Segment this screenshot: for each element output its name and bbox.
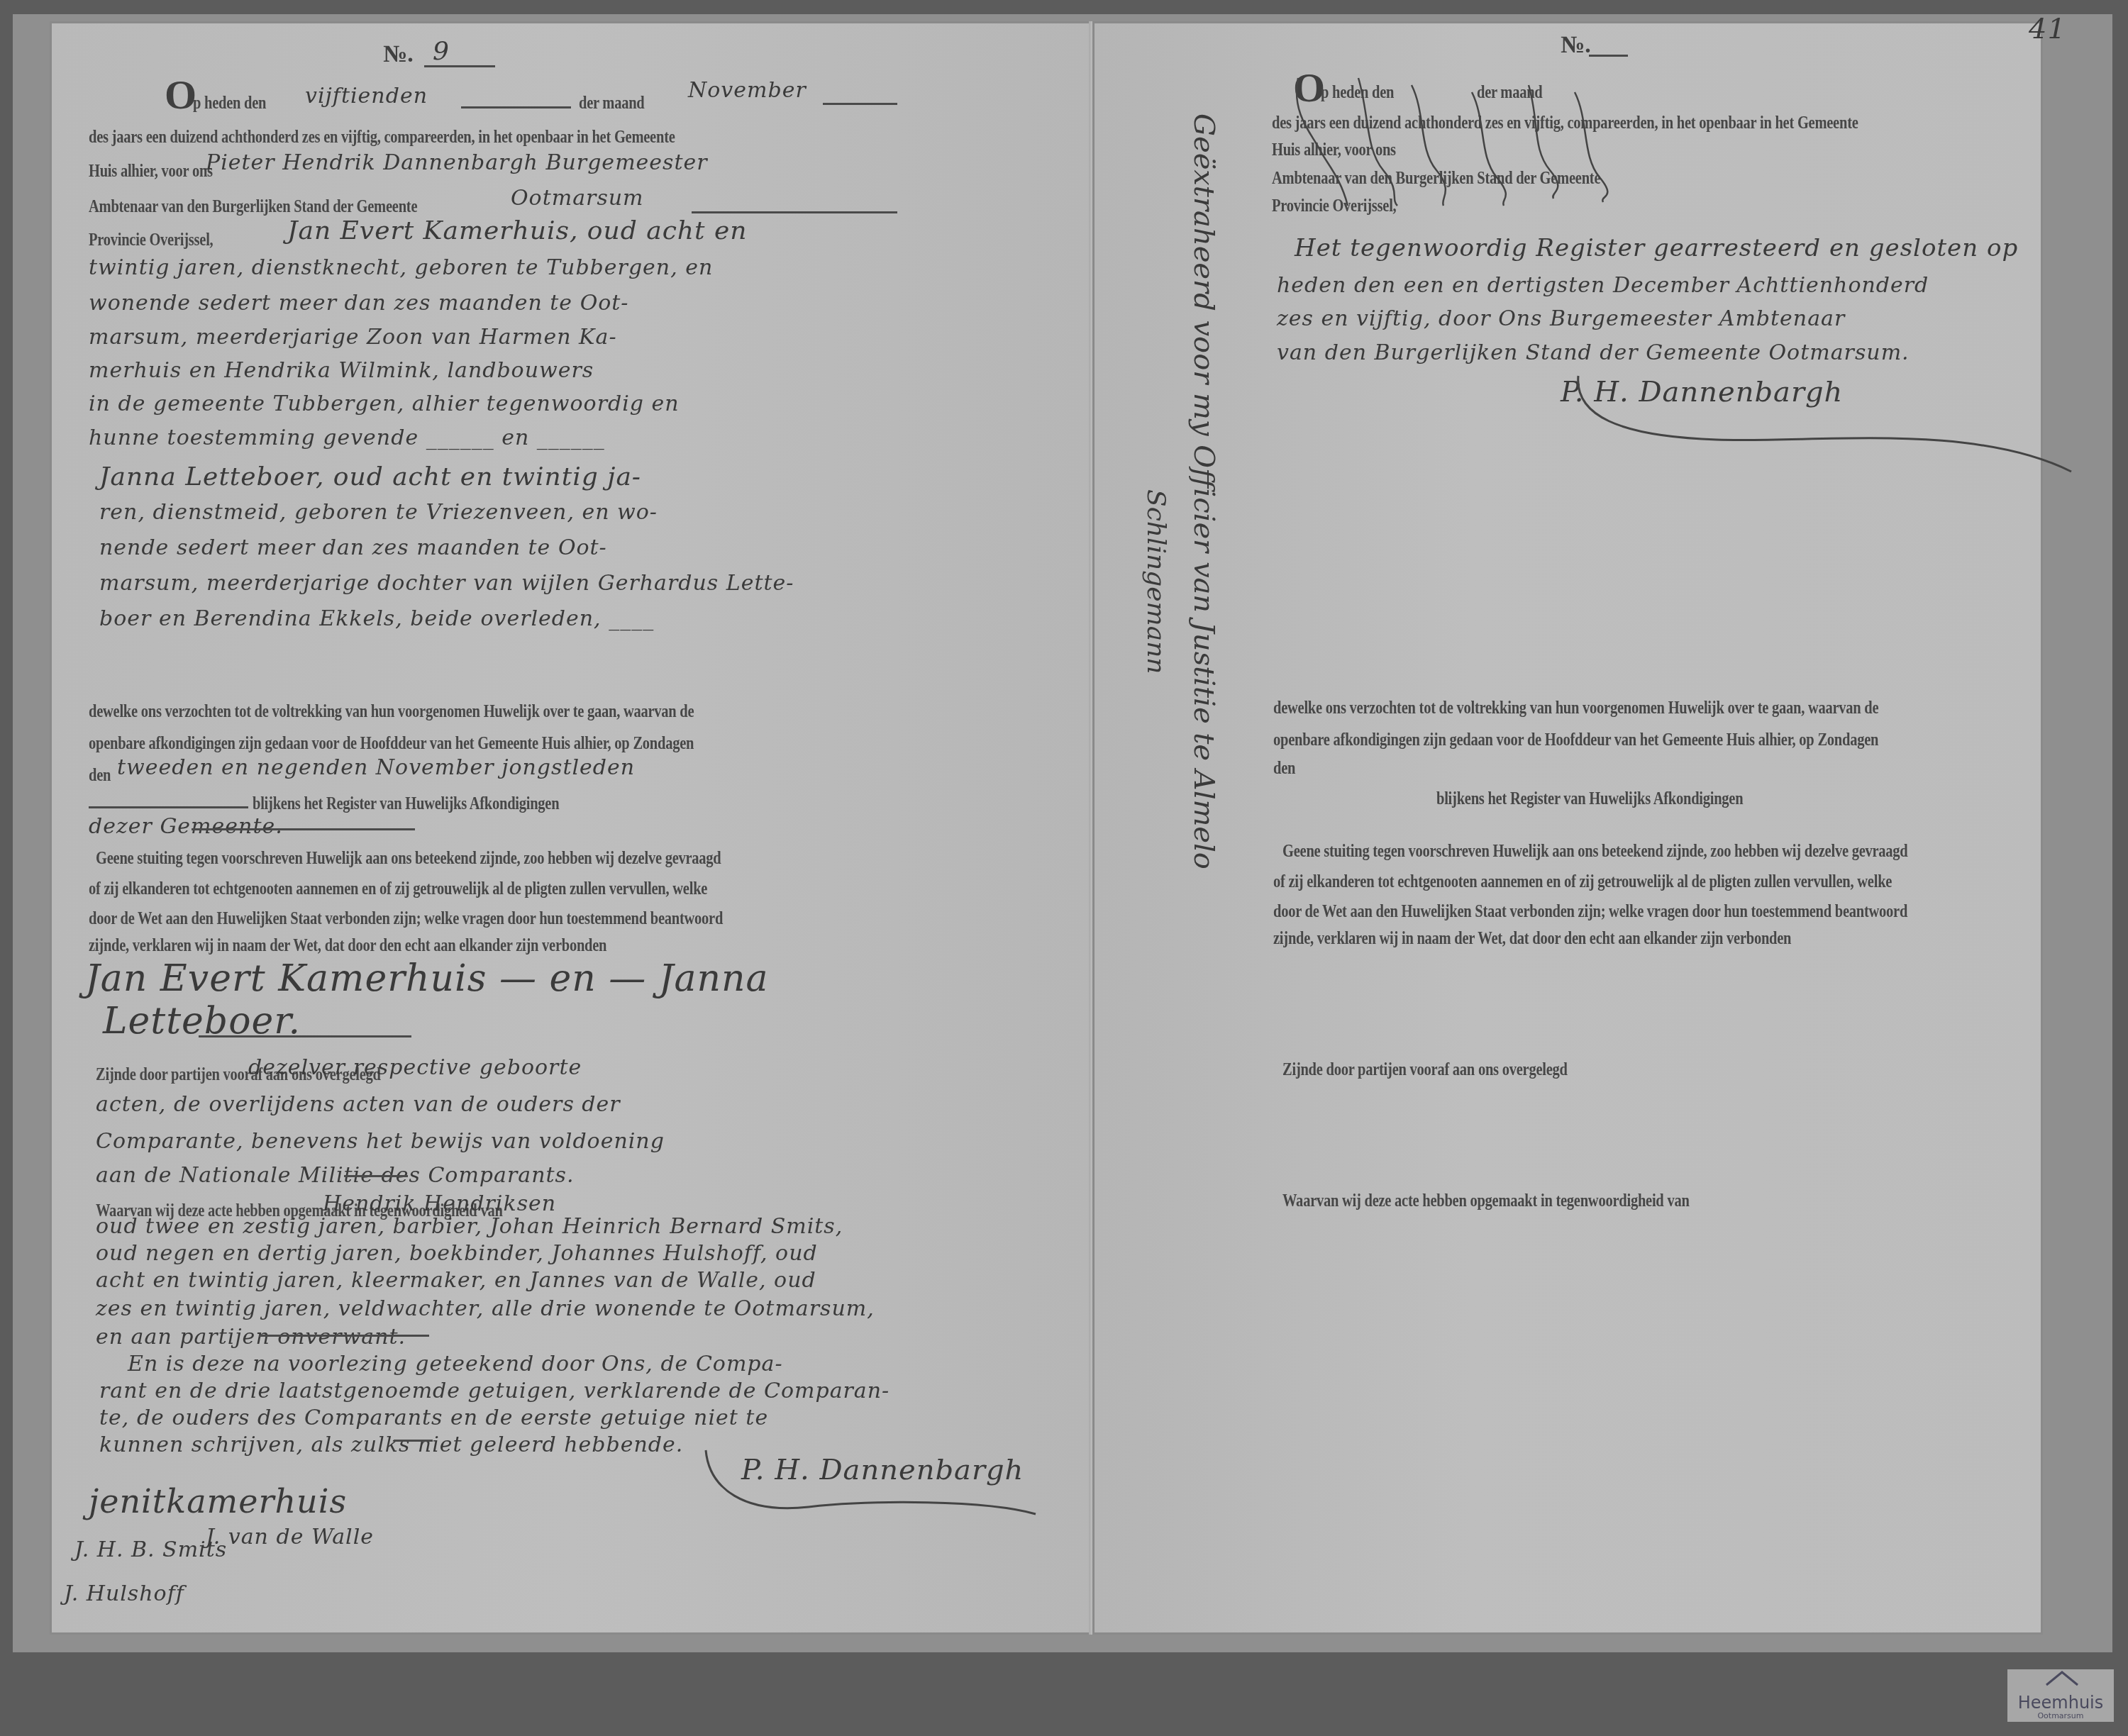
groom-line: hunne toestemming gevende ______ en ____… [89, 425, 605, 450]
groom-line: twintig jaren, dienstknecht, geboren te … [89, 255, 713, 280]
house-roof-icon [2044, 1671, 2080, 1686]
print-line-dewelke: dewelke ons verzochten tot de voltrekkin… [1273, 699, 1878, 718]
signature-flourish [1575, 372, 2085, 479]
month-rule [823, 103, 897, 105]
couple-rule [199, 1035, 411, 1037]
dezer-gemeente: dezer Gemeente. [89, 814, 283, 839]
municipality-rule [692, 211, 897, 213]
register-closing-line: Het tegenwoordig Register gearresteerd e… [1295, 234, 2018, 262]
strike-through-marks [1277, 71, 1915, 213]
intro-text: p heden den [193, 94, 266, 113]
bride-line: marsum, meerderjarige dochter van wijlen… [99, 571, 794, 596]
logo-title: Heemhuis [2018, 1694, 2104, 1711]
witness-line: oud twee en zestig jaren, barbier, Johan… [96, 1214, 843, 1239]
print-line-of-zij: of zij elkanderen tot echtgenooten aanne… [1273, 872, 1892, 892]
sundays-handwritten: tweeden en negenden November jongstleden [117, 755, 635, 780]
signature-flourish [702, 1447, 1043, 1525]
print-den: den [1273, 759, 1295, 779]
witness-signature-walle: J. van de Walle [206, 1525, 374, 1549]
closing-rule [394, 1440, 433, 1442]
bride-line: Janna Letteboer, oud acht en twintig ja- [99, 462, 641, 491]
couple-names-line1: Jan Evert Kamerhuis — en — Janna [85, 957, 769, 1000]
witness-signature-hulshoff: J. Hulshoff [64, 1581, 184, 1606]
print-line-provincie: Provincie Overijssel, [89, 230, 213, 250]
groom-line: in de gemeente Tubbergen, alhier tegenwo… [89, 391, 680, 416]
documents-line: Comparante, benevens het bewijs van vold… [96, 1129, 665, 1154]
record-number-rule [424, 65, 495, 67]
documents-rule [344, 1175, 408, 1177]
documents-line: aan de Nationale Militie des Comparants. [96, 1163, 574, 1188]
bride-line: boer en Berendina Ekkels, beide overlede… [99, 606, 654, 631]
record-number-value: 9 [433, 37, 450, 66]
register-closing-line: zes en vijftig, door Ons Burgemeester Am… [1277, 306, 1845, 331]
print-line-year: des jaars een duizend achthonderd zes en… [89, 128, 675, 148]
closing-line: En is deze na voorlezing geteekend door … [128, 1352, 783, 1376]
intro-initial: O [165, 71, 196, 118]
month-label: der maand [579, 94, 645, 113]
print-line-dewelke: dewelke ons verzochten tot de voltrekkin… [89, 702, 694, 722]
record-number-label: №. [1561, 32, 1591, 59]
print-line-huis: Huis alhier, voor ons [89, 162, 213, 182]
record-number-rule [1589, 55, 1628, 57]
witness-line: oud negen en dertig jaren, boekbinder, J… [96, 1241, 818, 1266]
documents-line: acten, de overlijdens acten van de ouder… [96, 1092, 621, 1117]
witness-line: en aan partijen onverwant. [96, 1325, 406, 1350]
print-waarvan: Waarvan wij deze acte hebben opgemaakt i… [1282, 1191, 1690, 1211]
print-line-door-de-wet: door de Wet aan den Huwelijken Staat ver… [89, 909, 723, 929]
documents-line: dezelver respective geboorte [248, 1055, 582, 1080]
closing-line: kunnen schrijven, als zulks niet geleerd… [99, 1432, 683, 1457]
witness-line: zes en twintig jaren, veldwachter, alle … [96, 1296, 875, 1321]
closing-line: rant en de drie laatstgenoemde getuigen,… [99, 1379, 890, 1403]
groom-line: merhuis en Hendrika Wilmink, landbouwers [89, 358, 594, 383]
witness-line: Hendrik Hendriksen [323, 1191, 556, 1216]
print-line-zijnde: zijnde, verklaren wij in naam der Wet, d… [1273, 929, 1791, 949]
groom-line: marsum, meerderjarige Zoon van Harmen Ka… [89, 325, 617, 350]
register-closing-line: heden den een en dertigsten December Ach… [1277, 273, 1929, 298]
groom-line: wonende sedert meer dan zes maanden te O… [89, 291, 629, 316]
print-zijnde-overgelegd: Zijnde door partijen vooraf aan ons over… [1282, 1060, 1568, 1080]
margin-note-line1: Geëxtraheerd voor my Officier van Justit… [1187, 113, 1220, 869]
heemhuis-logo: Heemhuis Ootmarsum [2007, 1669, 2114, 1722]
bride-line: nende sedert meer dan zes maanden te Oot… [99, 535, 607, 560]
groom-signature: jenitkamerhuis [89, 1482, 347, 1520]
day-handwritten: vijftienden [305, 84, 428, 108]
logo-subtitle: Ootmarsum [2037, 1711, 2083, 1720]
dezer-rule [192, 828, 415, 830]
record-number-label: №. [383, 41, 414, 68]
register-closing-line: van den Burgerlijken Stand der Gemeente … [1277, 340, 1910, 365]
witness-rule [259, 1335, 429, 1337]
print-line-zijnde: zijnde, verklaren wij in naam der Wet, d… [89, 936, 606, 956]
print-line-geene: Geene stuiting tegen voorschreven Huweli… [1282, 842, 1908, 862]
official-name: Pieter Hendrik Dannenbargh Burgemeester [206, 150, 708, 175]
municipality: Ootmarsum [511, 186, 644, 211]
print-line-openbare: openbare afkondigingen zijn gedaan voor … [89, 734, 694, 754]
print-den: den [89, 766, 111, 786]
bride-line: ren, dienstmeid, geboren te Vriezenveen,… [99, 500, 658, 525]
print-blijkens: blijkens het Register van Huwelijks Afko… [253, 794, 559, 814]
page-number: 41 [2029, 13, 2066, 45]
right-page [1092, 21, 2043, 1635]
day-rule [461, 106, 571, 108]
witness-line: acht en twintig jaren, kleermaker, en Ja… [96, 1268, 816, 1293]
margin-note-line2: Schlingemann [1141, 489, 1170, 674]
groom-line: Jan Evert Kamerhuis, oud acht en [287, 216, 747, 245]
print-line-openbare: openbare afkondigingen zijn gedaan voor … [1273, 730, 1878, 750]
print-line-of-zij: of zij elkanderen tot echtgenooten aanne… [89, 879, 707, 899]
witness-signature-smits: J. H. B. Smits [74, 1537, 227, 1562]
print-line-door-de-wet: door de Wet aan den Huwelijken Staat ver… [1273, 902, 1907, 922]
print-blijkens: blijkens het Register van Huwelijks Afko… [1436, 789, 1743, 809]
print-line-geene: Geene stuiting tegen voorschreven Huweli… [96, 849, 721, 869]
print-line-ambtenaar: Ambtenaar van den Burgerlijken Stand der… [89, 197, 417, 217]
month-handwritten: November [688, 78, 807, 103]
blijkens-rule [89, 806, 248, 808]
closing-line: te, de ouders des Comparants en de eerst… [99, 1406, 768, 1430]
